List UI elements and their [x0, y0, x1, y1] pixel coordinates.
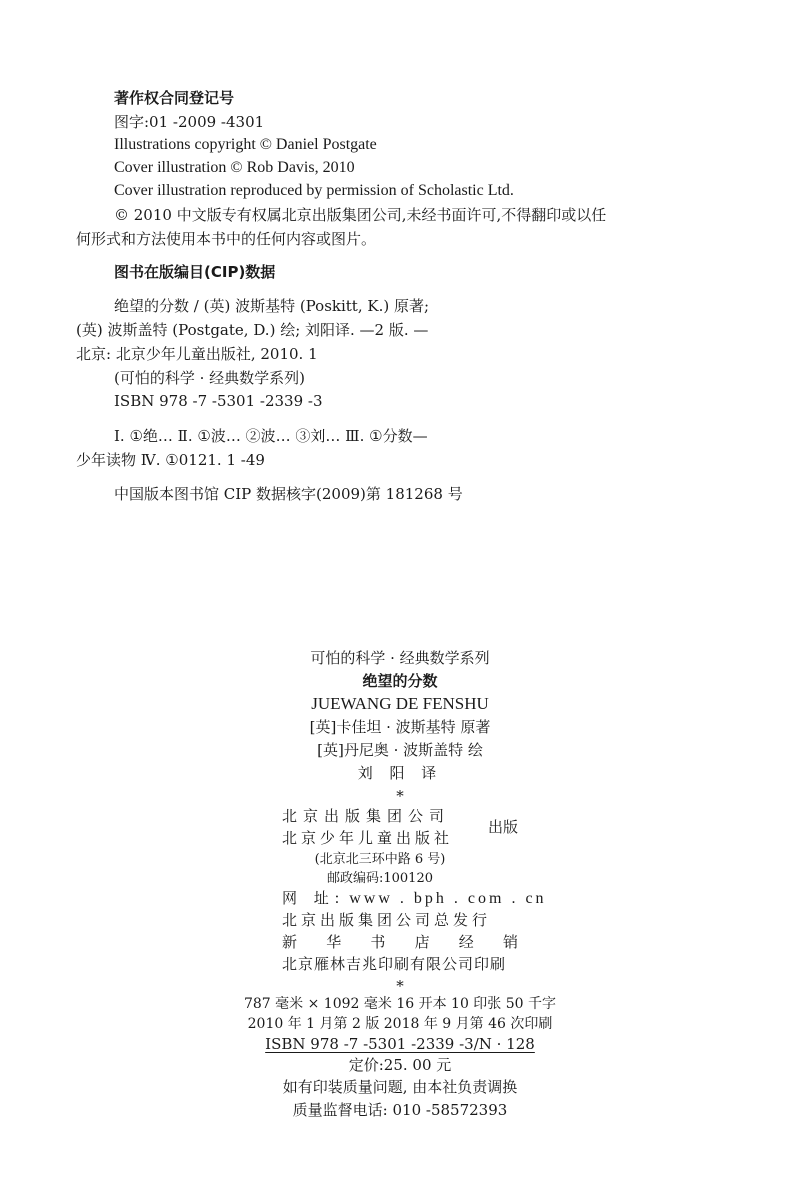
illustrations-copyright: Illustrations copyright © Daniel Postgat… [114, 135, 377, 155]
seller-char: 经 [459, 932, 474, 952]
registration-number: 图字:01 -2009 -4301 [114, 112, 264, 132]
postcode: 邮政编码:100120 [0, 869, 780, 889]
cip-number: 中国版本图书馆 CIP 数据核字(2009)第 181268 号 [114, 484, 463, 504]
seller-char: 新 [282, 932, 297, 952]
website-url: : www . bph . com . cn [335, 890, 547, 907]
rights-statement-line1: © 2010 中文版专有权属北京出版集团公司,未经书面许可,不得翻印或以任 [114, 205, 606, 225]
seller-char: 店 [415, 932, 430, 952]
copyright-registration-heading: 著作权合同登记号 [114, 88, 234, 108]
cip-isbn: ISBN 978 -7 -5301 -2339 -3 [114, 391, 323, 411]
cip-classification-line2: 少年读物 Ⅳ. ①0121. 1 -49 [76, 450, 265, 470]
quality-phone: 质量监督电话: 010 -58572393 [0, 1100, 800, 1120]
publisher-address: (北京北三环中路 6 号) [0, 850, 780, 870]
separator-star-2: * [0, 976, 800, 996]
separator-star: * [0, 786, 800, 806]
isbn-text: ISBN 978 -7 -5301 -2339 -3/N · 128 [265, 1035, 535, 1053]
cip-line: (可怕的科学 · 经典数学系列) [114, 368, 305, 388]
price: 定价:25. 00 元 [0, 1055, 800, 1075]
illustrator-line: [英]丹尼奥 · 波斯盖特 绘 [0, 740, 800, 760]
quality-notice: 如有印装质量问题, 由本社负责调换 [0, 1077, 800, 1097]
print-specs: 787 毫米 × 1092 毫米 16 开本 10 印张 50 千字 [0, 994, 800, 1014]
cover-copyright: Cover illustration © Rob Davis, 2010 [114, 158, 355, 178]
seller-char: 华 [326, 932, 341, 952]
seller-char: 销 [503, 932, 518, 952]
distributor: 北京出版集团公司总发行 [282, 910, 491, 930]
publisher-group: 北京出版集团公司 [282, 806, 450, 826]
book-title-pinyin: JUEWANG DE FENSHU [0, 694, 800, 714]
isbn-full: ISBN 978 -7 -5301 -2339 -3/N · 128 [0, 1034, 800, 1054]
publisher-children: 北京少年儿童出版社 [282, 828, 453, 848]
cip-line: (英) 波斯盖特 (Postgate, D.) 绘; 刘阳译. —2 版. — [76, 320, 428, 340]
seller-char: 书 [370, 932, 385, 952]
cip-classification-line1: Ⅰ. ①绝… Ⅱ. ①波… ②波… ③刘… Ⅲ. ①分数— [114, 426, 428, 446]
cover-permission: Cover illustration reproduced by permiss… [114, 181, 514, 201]
website-label: 网 址 [282, 889, 335, 907]
author-line: [英]卡佳坦 · 波斯基特 原著 [0, 717, 800, 737]
website-row: 网 址: www . bph . com . cn [282, 888, 547, 909]
rights-statement-line2: 何形式和方法使用本书中的任何内容或图片。 [76, 229, 376, 249]
seller-row: 新 华 书 店 经 销 [282, 932, 518, 952]
publish-label: 出版 [488, 817, 518, 837]
cip-line: 绝望的分数 / (英) 波斯基特 (Poskitt, K.) 原著; [114, 296, 429, 316]
cip-line: 北京: 北京少年儿童出版社, 2010. 1 [76, 344, 318, 364]
translator-line: 刘 阳 译 [0, 763, 800, 783]
edition-info: 2010 年 1 月第 2 版 2018 年 9 月第 46 次印刷 [0, 1014, 800, 1034]
printer: 北京雁林吉兆印刷有限公司印刷 [282, 954, 506, 974]
cip-heading: 图书在版编目(CIP)数据 [114, 262, 275, 282]
book-title: 绝望的分数 [0, 671, 800, 691]
series-name: 可怕的科学 · 经典数学系列 [0, 648, 800, 668]
